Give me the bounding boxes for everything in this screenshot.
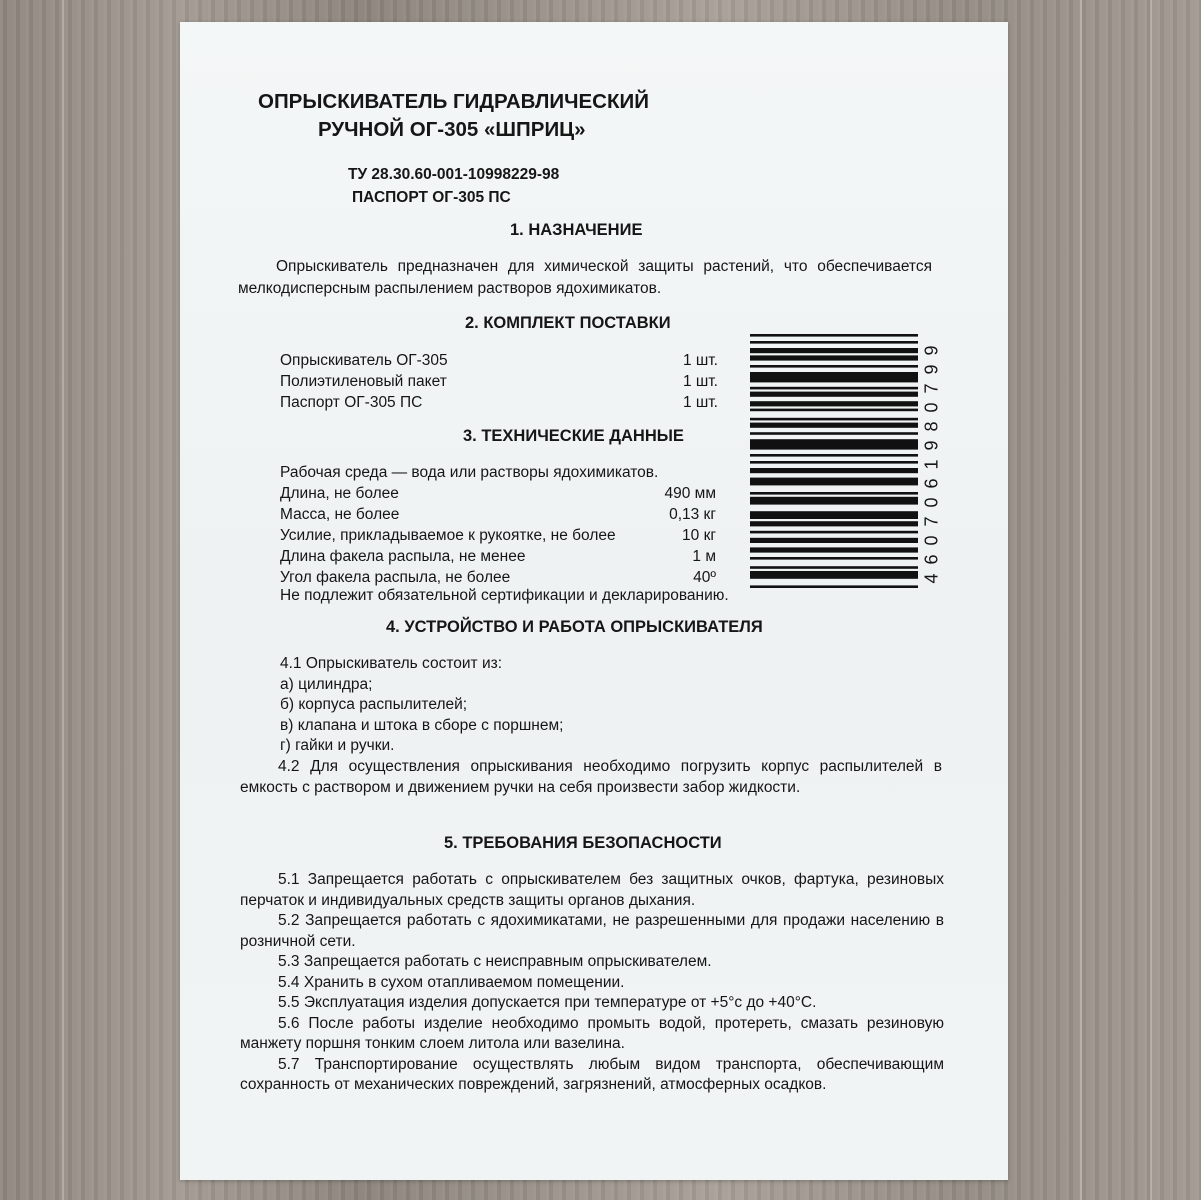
param-name: Длина, не более (280, 483, 399, 504)
delivery-list: Опрыскиватель ОГ-3051 шт. Полиэтиленовый… (280, 350, 718, 413)
param-value: 10 кг (682, 525, 716, 546)
item-name: Паспорт ОГ-305 ПС (280, 392, 422, 413)
param-value: 40º (693, 567, 716, 588)
section-1-heading: 1. НАЗНАЧЕНИЕ (510, 221, 642, 240)
passport-code: ПАСПОРТ ОГ-305 ПС (348, 186, 559, 209)
param-name: Усилие, прикладываемое к рукоятке, не бо… (280, 525, 616, 546)
passport-sheet: ОПРЫСКИВАТЕЛЬ ГИДРАВЛИЧЕСКИЙ РУЧНОЙ ОГ-3… (180, 22, 1008, 1180)
tech-data-list: Рабочая среда — вода или растворы ядохим… (280, 462, 716, 588)
param-name: Угол факела распыла, не более (280, 567, 510, 588)
component-line: 4.1 Опрыскиватель состоит из: (280, 654, 563, 675)
delivery-item: Опрыскиватель ОГ-3051 шт. (280, 350, 718, 371)
param-value: 1 м (692, 546, 716, 567)
barcode-digit: 4 (922, 567, 943, 591)
safety-item: 5.3 Запрещается работать с неисправным о… (240, 952, 944, 973)
tech-intro-text: Рабочая среда — вода или растворы ядохим… (280, 462, 658, 483)
section-2-heading: 2. КОМПЛЕКТ ПОСТАВКИ (465, 314, 671, 333)
section-4-heading: 4. УСТРОЙСТВО И РАБОТА ОПРЫСКИВАТЕЛЯ (386, 618, 763, 637)
section-3-heading: 3. ТЕХНИЧЕСКИЕ ДАННЫЕ (463, 427, 684, 446)
safety-item: 5.5 Эксплуатация изделия допускается при… (240, 993, 944, 1014)
spec-block: ТУ 28.30.60-001-10998229-98 ПАСПОРТ ОГ-3… (348, 163, 559, 209)
safety-list: 5.1 Запрещается работать с опрыскивателе… (240, 870, 944, 1096)
section-1-text: Опрыскиватель предназначен для химическо… (238, 256, 932, 300)
tech-spec-code: ТУ 28.30.60-001-10998229-98 (348, 163, 559, 186)
safety-item: 5.2 Запрещается работать с ядохимикатами… (240, 911, 944, 952)
tech-row: Длина факела распыла, не менее1 м (280, 546, 716, 567)
section-4-para-2: 4.2 Для осуществления опрыскивания необх… (240, 757, 942, 798)
document-title: ОПРЫСКИВАТЕЛЬ ГИДРАВЛИЧЕСКИЙ РУЧНОЙ ОГ-3… (258, 88, 649, 144)
barcode-number: 9970891607064 (920, 340, 944, 590)
barcode (750, 332, 940, 588)
param-value: 490 мм (665, 483, 716, 504)
title-line-2: РУЧНОЙ ОГ-305 «ШПРИЦ» (258, 116, 649, 144)
component-line: в) клапана и штока в сборе с поршнем; (280, 716, 563, 737)
component-line: г) гайки и ручки. (280, 736, 563, 757)
component-line: а) цилиндра; (280, 675, 563, 696)
param-value: 0,13 кг (669, 504, 716, 525)
item-qty: 1 шт. (683, 350, 718, 371)
section-5-heading: 5. ТРЕБОВАНИЯ БЕЗОПАСНОСТИ (444, 834, 722, 853)
wood-grain (1080, 0, 1082, 1200)
tech-row: Усилие, прикладываемое к рукоятке, не бо… (280, 525, 716, 546)
components-list: 4.1 Опрыскиватель состоит из: а) цилиндр… (280, 654, 563, 757)
safety-item: 5.7 Транспортирование осуществлять любым… (240, 1055, 944, 1096)
delivery-item: Полиэтиленовый пакет1 шт. (280, 371, 718, 392)
component-line: б) корпуса распылителей; (280, 695, 563, 716)
title-line-1: ОПРЫСКИВАТЕЛЬ ГИДРАВЛИЧЕСКИЙ (258, 88, 649, 116)
tech-row: Угол факела распыла, не более40º (280, 567, 716, 588)
wood-grain (62, 0, 64, 1200)
safety-item: 5.6 После работы изделие необходимо пром… (240, 1014, 944, 1055)
wood-grain (1150, 0, 1152, 1200)
item-name: Полиэтиленовый пакет (280, 371, 447, 392)
item-qty: 1 шт. (683, 392, 718, 413)
tech-intro: Рабочая среда — вода или растворы ядохим… (280, 462, 716, 483)
item-qty: 1 шт. (683, 371, 718, 392)
safety-item: 5.1 Запрещается работать с опрыскивателе… (240, 870, 944, 911)
safety-item: 5.4 Хранить в сухом отапливаемом помещен… (240, 973, 944, 994)
tech-row: Длина, не более490 мм (280, 483, 716, 504)
certification-note: Не подлежит обязательной сертификации и … (280, 586, 729, 607)
delivery-item: Паспорт ОГ-305 ПС1 шт. (280, 392, 718, 413)
tech-row: Масса, не более0,13 кг (280, 504, 716, 525)
param-name: Масса, не более (280, 504, 399, 525)
param-name: Длина факела распыла, не менее (280, 546, 525, 567)
item-name: Опрыскиватель ОГ-305 (280, 350, 448, 371)
